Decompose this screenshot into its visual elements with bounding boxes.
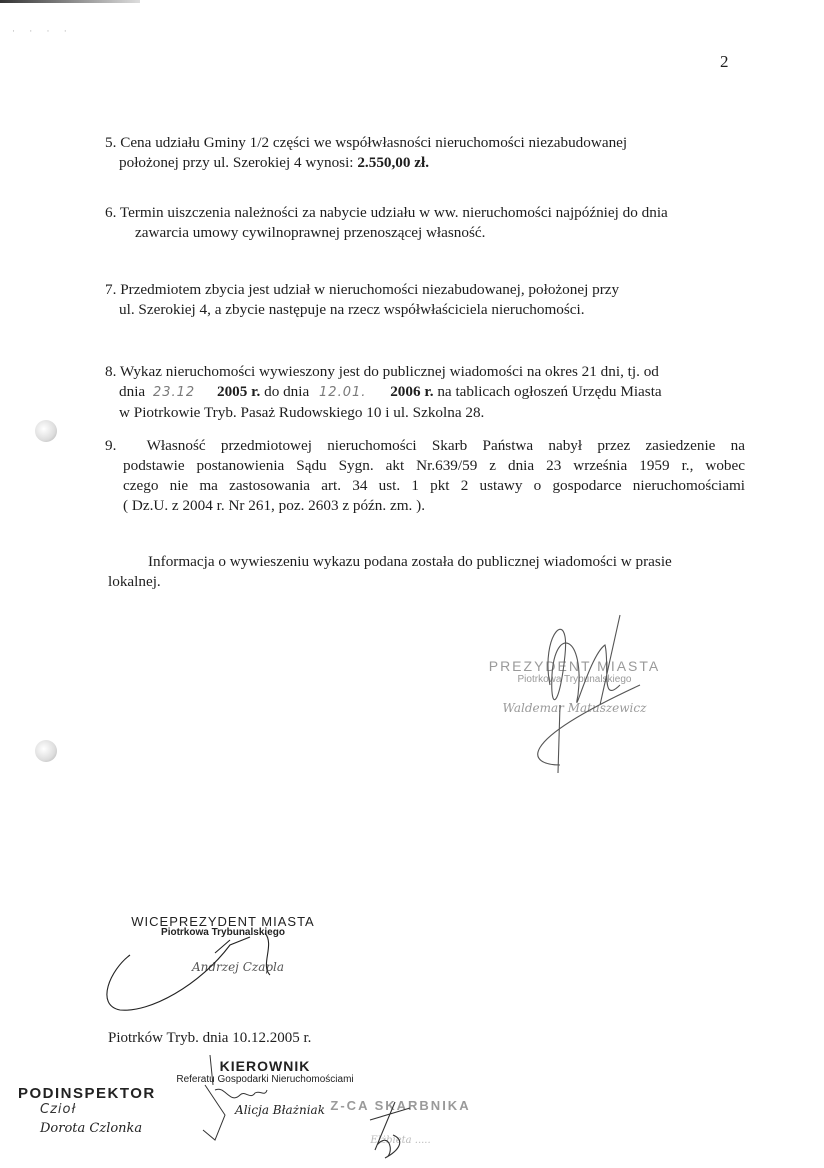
item-5-line2: położonej przy ul. Szerokiej 4 wynosi: (119, 154, 357, 171)
handwritten-date-from: 23.12 (153, 385, 195, 400)
info-line2: lokalnej. (108, 572, 672, 592)
item-5: 5. Cena udziału Gminy 1/2 części we wspó… (105, 133, 627, 173)
info-paragraph: Informacja o wywieszeniu wykazu podana z… (108, 552, 672, 592)
president-signature (490, 595, 660, 775)
info-line1: Informacja o wywieszeniu wykazu podana z… (108, 552, 672, 572)
item-7: 7. Przedmiotem zbycia jest udział w nier… (105, 280, 619, 320)
item-8-dnia: dnia (119, 383, 145, 400)
item-9-line1: Własność przedmiotowej nieruchomości Ska… (147, 437, 745, 454)
year-from: 2005 r. (217, 383, 260, 400)
item-8: 8. Wykaz nieruchomości wywieszony jest d… (105, 362, 662, 423)
vice-president-signature (100, 925, 300, 1015)
price-value: 2.550,00 zł. (357, 154, 429, 171)
year-to: 2006 r. (390, 383, 433, 400)
item-9-number: 9. (105, 437, 116, 454)
scan-marks: · · · · (12, 26, 73, 36)
item-6-line1: Termin uiszczenia należności za nabycie … (120, 204, 668, 221)
item-9: 9. Własność przedmiotowej nieruchomości … (105, 436, 745, 516)
podinspektor-initials: Czioł (40, 1102, 178, 1117)
skarbnik-signature (365, 1100, 425, 1165)
item-8-line3: w Piotrkowie Tryb. Pasaż Rudowskiego 10 … (105, 403, 662, 423)
punch-hole (35, 740, 57, 762)
item-5-line1: Cena udziału Gminy 1/2 części we współwł… (120, 134, 627, 151)
item-5-number: 5. (105, 134, 116, 151)
scan-edge (0, 0, 140, 3)
podinspektor-title: PODINSPEKTOR (18, 1085, 178, 1102)
item-6-line2: zawarcia umowy cywilnoprawnej przenosząc… (105, 223, 668, 243)
podinspektor-stamp: PODINSPEKTOR Czioł Dorota Czlonka (18, 1085, 178, 1136)
item-8-do-dnia: do dnia (264, 383, 309, 400)
podinspektor-name: Dorota Czlonka (40, 1121, 178, 1136)
item-9-line2: podstawie postanowienia Sądu Sygn. akt N… (105, 456, 745, 476)
kierownik-signature (195, 1055, 285, 1165)
item-8-line2-rest: na tablicach ogłoszeń Urzędu Miasta (437, 383, 661, 400)
item-8-line1: Wykaz nieruchomości wywieszony jest do p… (120, 363, 659, 380)
item-6: 6. Termin uiszczenia należności za nabyc… (105, 203, 668, 243)
item-7-line2: ul. Szerokiej 4, a zbycie następuje na r… (105, 300, 619, 320)
place-and-date: Piotrków Tryb. dnia 10.12.2005 r. (108, 1030, 311, 1047)
item-7-line1: Przedmiotem zbycia jest udział w nieruch… (120, 281, 619, 298)
item-7-number: 7. (105, 281, 116, 298)
item-8-number: 8. (105, 363, 116, 380)
item-6-number: 6. (105, 204, 116, 221)
item-9-line3: czego nie ma zastosowania art. 34 ust. 1… (105, 476, 745, 496)
punch-hole (35, 420, 57, 442)
item-9-line4: ( Dz.U. z 2004 r. Nr 261, poz. 2603 z pó… (105, 496, 745, 516)
page-number: 2 (720, 52, 729, 72)
handwritten-date-to: 12.01. (319, 385, 366, 400)
